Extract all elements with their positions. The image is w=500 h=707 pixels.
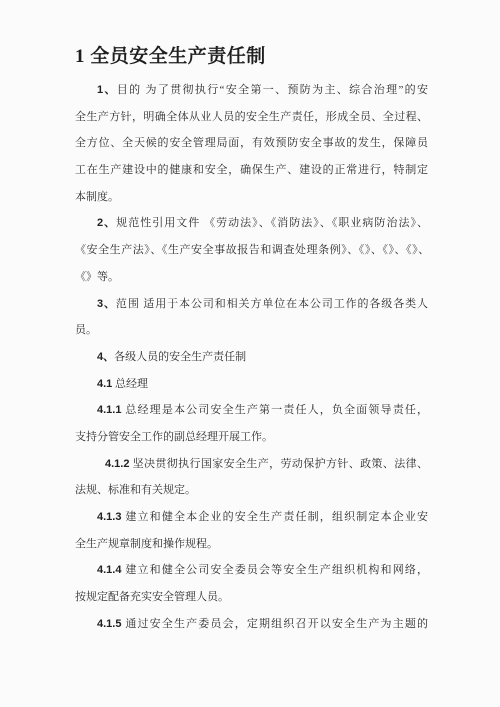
clause-text: 员。 — [75, 324, 97, 336]
clause-text: 本制度。 — [75, 191, 119, 203]
clause-number: 2、 — [97, 217, 116, 229]
clause-number: 3、 — [97, 298, 116, 310]
clause-text: 规范性引用文件 《劳动法》、《消防法》、《职业病防治法》、 — [116, 217, 428, 229]
text-line: 2、规范性引用文件 《劳动法》、《消防法》、《职业病防治法》、 — [75, 210, 428, 237]
text-line: 4、各级人员的安全生产责任制 — [75, 344, 428, 371]
clause-number: 4.1.3 — [97, 511, 121, 523]
clause-text: 全生产规章制度和操作规程。 — [75, 538, 218, 550]
text-line: 全生产方针，明确全体从业人员的安全生产责任，形成全员、全过程、 — [75, 104, 428, 131]
text-line: 4.1.4 建立和健全公司安全委员会等安全生产组织机构和网络， — [75, 557, 428, 584]
text-line: 4.1 总经理 — [75, 371, 428, 398]
clause-text: 支持分管安全工作的副总经理开展工作。 — [75, 431, 273, 443]
clause-text: 各级人员的安全生产责任制 — [114, 351, 246, 363]
text-line: 本制度。 — [75, 184, 428, 211]
clause-text: 总经理是本公司安全生产第一责任人，负全面领导责任， — [121, 404, 428, 416]
clause-text: 范围 适用于本公司和相关方单位在本公司工作的各级各类人 — [116, 298, 428, 310]
clause-text: 按规定配备充实安全管理人员。 — [75, 591, 229, 603]
text-line: 按规定配备充实安全管理人员。 — [75, 584, 428, 611]
text-line: 4.1.2 坚决贯彻执行国家安全生产，劳动保护方针、政策、法律、 — [75, 451, 428, 478]
text-line: 《》等。 — [75, 264, 428, 291]
text-line: 全生产规章制度和操作规程。 — [75, 531, 428, 558]
clause-number: 4.1.2 — [105, 458, 129, 470]
text-line: 《安全生产法》、《生产安全事故报告和调查处理条例》、《》、《》、《》、 — [75, 237, 428, 264]
clause-text: 法规、标准和有关规定。 — [75, 484, 196, 496]
clause-text: 全生产方针，明确全体从业人员的安全生产责任，形成全员、全过程、 — [75, 111, 428, 123]
clause-text: 全方位、全天候的安全管理局面，有效预防安全事故的发生，保障员 — [75, 137, 428, 149]
document-page: 1 全员安全生产责任制 1、目的 为了贯彻执行“安全第一、预防为主、综合治理”的… — [0, 0, 500, 707]
text-line: 4.1.1 总经理是本公司安全生产第一责任人，负全面领导责任， — [75, 397, 428, 424]
document-body: 1、目的 为了贯彻执行“安全第一、预防为主、综合治理”的安全生产方针，明确全体从… — [75, 77, 428, 637]
clause-text: 坚决贯彻执行国家安全生产，劳动保护方针、政策、法律、 — [129, 458, 428, 470]
clause-text: 建立和健全公司安全委员会等安全生产组织机构和网络， — [121, 564, 428, 576]
text-line: 4.1.3 建立和健全本企业的安全生产责任制，组织制定本企业安 — [75, 504, 428, 531]
text-line: 4.1.5 通过安全生产委员会，定期组织召开以安全生产为主题的 — [75, 611, 428, 638]
text-line: 工在生产建设中的健康和安全，确保生产、建设的正常进行，特制定 — [75, 157, 428, 184]
clause-number: 4.1 — [97, 378, 112, 390]
text-line: 支持分管安全工作的副总经理开展工作。 — [75, 424, 428, 451]
clause-number: 4.1.4 — [97, 564, 121, 576]
clause-number: 4.1.1 — [97, 404, 121, 416]
clause-text: 工在生产建设中的健康和安全，确保生产、建设的正常进行，特制定 — [75, 164, 428, 176]
clause-text: 总经理 — [112, 378, 148, 390]
text-line: 法规、标准和有关规定。 — [75, 477, 428, 504]
clause-number: 4、 — [97, 351, 114, 363]
clause-number: 1、 — [97, 84, 117, 96]
clause-text: 《》等。 — [75, 271, 119, 283]
text-line: 3、范围 适用于本公司和相关方单位在本公司工作的各级各类人 — [75, 291, 428, 318]
clause-text: 通过安全生产委员会，定期组织召开以安全生产为主题的 — [121, 618, 428, 630]
clause-text: 《安全生产法》、《生产安全事故报告和调查处理条例》、《》、《》、《》、 — [75, 244, 428, 256]
clause-number: 4.1.5 — [97, 618, 121, 630]
text-line: 员。 — [75, 317, 428, 344]
text-line: 全方位、全天候的安全管理局面，有效预防安全事故的发生，保障员 — [75, 130, 428, 157]
text-line: 1、目的 为了贯彻执行“安全第一、预防为主、综合治理”的安 — [75, 77, 428, 104]
clause-text: 建立和健全本企业的安全生产责任制，组织制定本企业安 — [121, 511, 428, 523]
clause-text: 目的 为了贯彻执行“安全第一、预防为主、综合治理”的安 — [117, 84, 428, 96]
document-title: 1 全员安全生产责任制 — [75, 46, 428, 68]
